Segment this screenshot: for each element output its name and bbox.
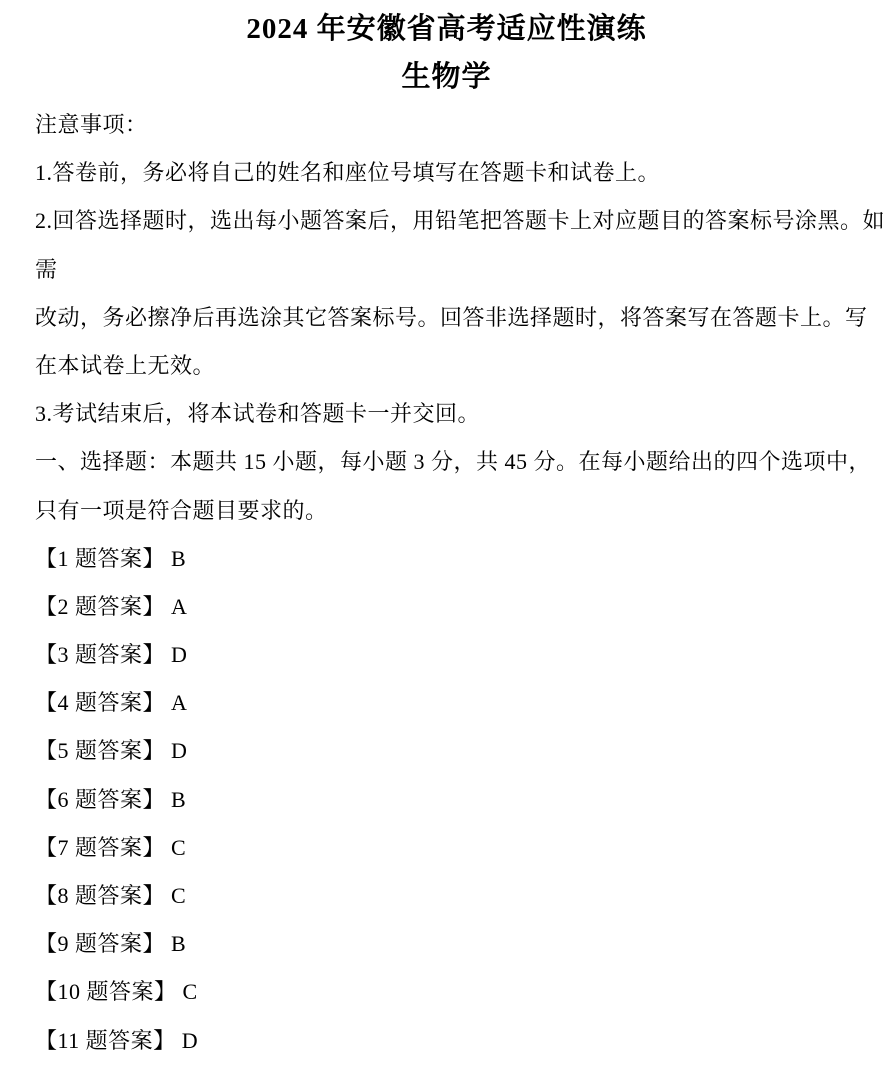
- notice-line: 3.考试结束后，将本试卷和答题卡一并交回。: [35, 390, 858, 438]
- answer-row: 【3 题答案】D: [35, 631, 858, 679]
- notice-line: 1.答卷前，务必将自己的姓名和座位号填写在答题卡和试卷上。: [35, 149, 858, 197]
- answer-value: C: [171, 835, 186, 860]
- answer-row: 【8 题答案】C: [35, 872, 858, 920]
- notice-line: 改动，务必擦净后再选涂其它答案标号。回答非选择题时，将答案写在答题卡上。写: [35, 294, 858, 342]
- notice-line: 2.回答选择题时，选出每小题答案后，用铅笔把答题卡上对应题目的答案标号涂黑。如: [35, 197, 858, 245]
- answer-value: C: [171, 883, 186, 908]
- answer-value: B: [171, 787, 186, 812]
- document-subtitle: 生物学: [35, 53, 858, 101]
- answer-row: 【2 题答案】A: [35, 583, 858, 631]
- answer-value: A: [171, 690, 187, 715]
- answer-value: A: [171, 594, 187, 619]
- answer-label: 【1 题答案】: [35, 546, 165, 571]
- answer-value: B: [171, 931, 186, 956]
- answer-row: 【9 题答案】B: [35, 920, 858, 968]
- answer-label: 【4 题答案】: [35, 690, 165, 715]
- answer-row: 【6 题答案】B: [35, 776, 858, 824]
- answer-value: D: [171, 642, 187, 667]
- answer-label: 【6 题答案】: [35, 787, 165, 812]
- notice-line: 需: [35, 246, 858, 294]
- document-title: 2024 年安徽省高考适应性演练: [35, 5, 858, 53]
- section-heading-line: 一、选择题：本题共 15 小题，每小题 3 分，共 45 分。在每小题给出的四个…: [35, 438, 858, 486]
- answer-value: C: [183, 979, 198, 1004]
- answer-label: 【5 题答案】: [35, 738, 165, 763]
- exam-answer-document: 2024 年安徽省高考适应性演练 生物学 注意事项： 1.答卷前，务必将自己的姓…: [0, 0, 886, 1065]
- answer-label: 【8 题答案】: [35, 883, 165, 908]
- answer-label: 【10 题答案】: [35, 979, 177, 1004]
- notice-heading: 注意事项：: [35, 101, 858, 149]
- answer-row: 【5 题答案】D: [35, 727, 858, 775]
- answer-row: 【1 题答案】B: [35, 535, 858, 583]
- answer-label: 【11 题答案】: [35, 1028, 176, 1053]
- section-heading-line: 只有一项是符合题目要求的。: [35, 487, 858, 535]
- answer-label: 【2 题答案】: [35, 594, 165, 619]
- answer-value: D: [182, 1028, 198, 1053]
- notice-line: 在本试卷上无效。: [35, 342, 858, 390]
- answer-row: 【10 题答案】C: [35, 968, 858, 1016]
- answer-label: 【3 题答案】: [35, 642, 165, 667]
- answer-value: B: [171, 546, 186, 571]
- answer-row: 【4 题答案】A: [35, 679, 858, 727]
- answer-label: 【9 题答案】: [35, 931, 165, 956]
- answer-value: D: [171, 738, 187, 763]
- answer-row: 【7 题答案】C: [35, 824, 858, 872]
- answer-label: 【7 题答案】: [35, 835, 165, 860]
- answer-row: 【11 题答案】D: [35, 1017, 858, 1065]
